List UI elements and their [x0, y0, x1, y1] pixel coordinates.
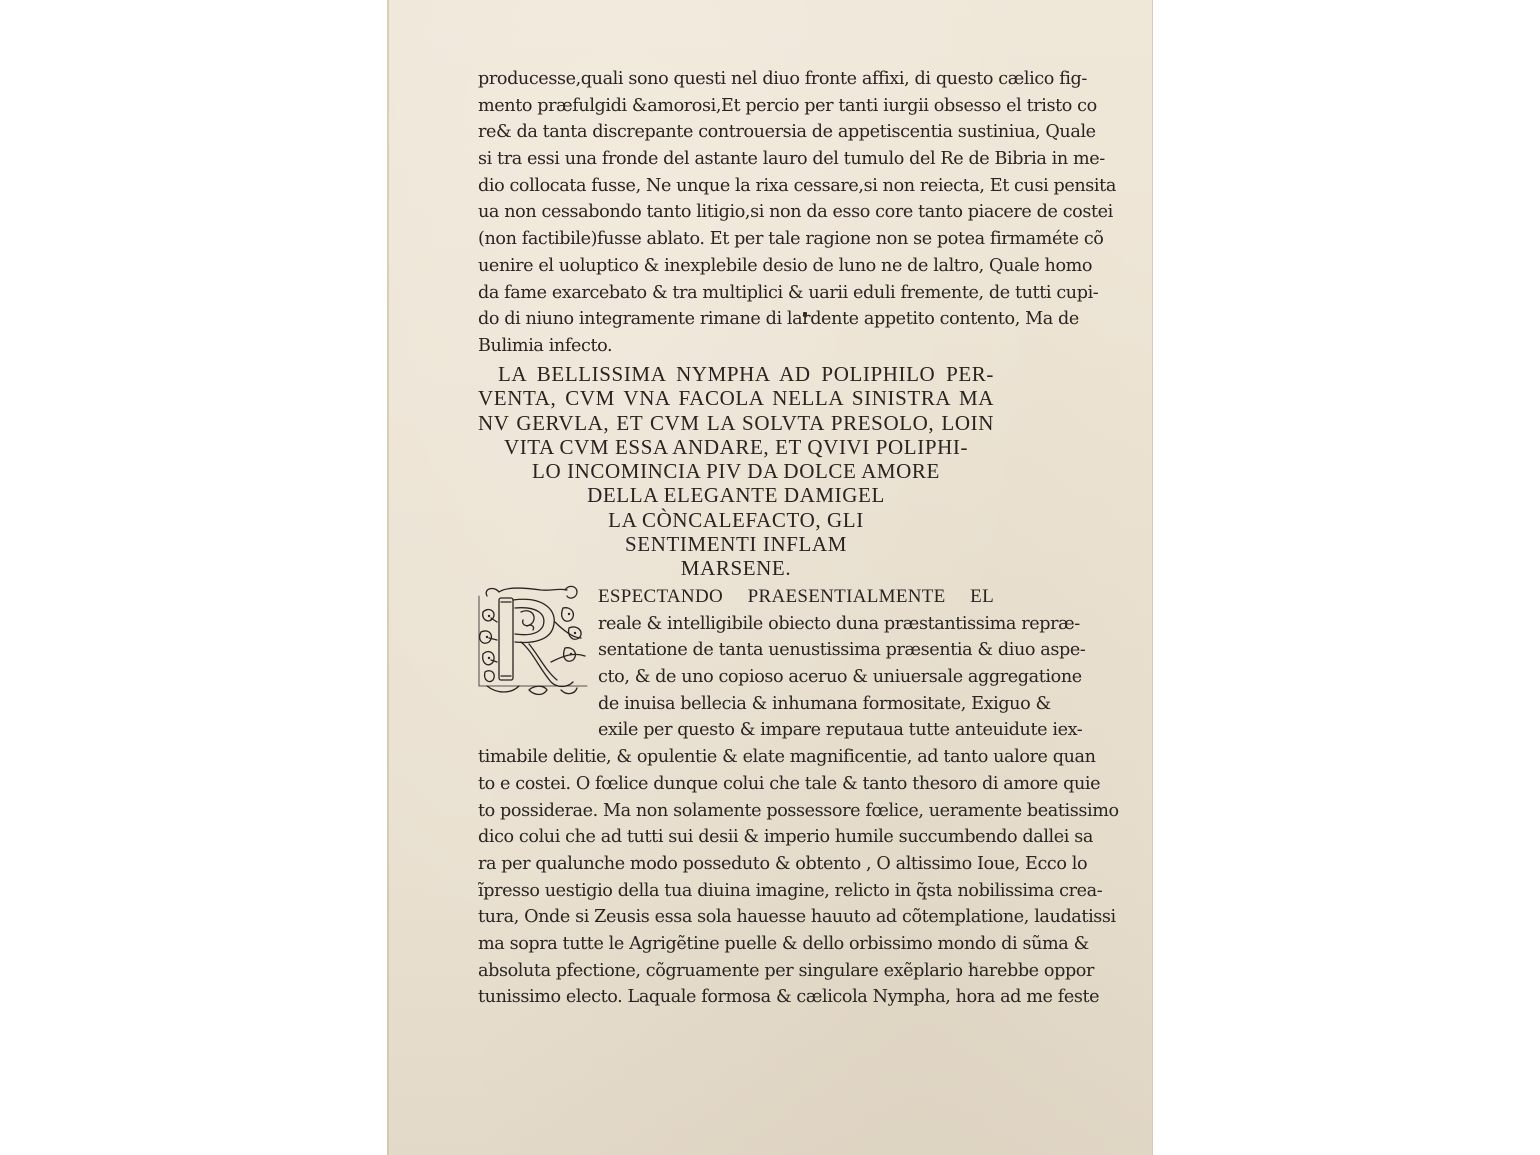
- catchword: ....: [968, 960, 983, 970]
- text-line: ĩpresso uestigio della tua diuina imagin…: [478, 878, 994, 905]
- paragraph-2: ESPECTANDO PRAESENTIALMENTE EL reale & i…: [478, 584, 994, 1011]
- text-line: mento præfulgidi &amorosi,Et percio per …: [478, 93, 994, 120]
- text-line: ra per qualunche modo posseduto & obtent…: [478, 851, 994, 878]
- text-line: sentatione de tanta uenustissima præsent…: [598, 637, 994, 664]
- heading-line: LA CÒNCALEFACTO, GLI: [478, 508, 994, 532]
- heading-line: VENTA, CVM VNA FACOLA NELLA SINISTRA MA: [478, 386, 994, 410]
- text-line: si tra essi una fronde del astante lauro…: [478, 146, 994, 173]
- text-line: de inuisa bellecia & inhumana formositat…: [598, 691, 994, 718]
- heading-line: VITA CVM ESSA ANDARE, ET QVIVI POLIPHI-: [478, 435, 994, 459]
- heading-line: LA BELLISSIMA NYMPHA AD POLIPHILO PER-: [478, 362, 994, 386]
- heading-line: NV GERVLA, ET CVM LA SOLVTA PRESOLO, LOI…: [478, 411, 994, 435]
- heading-line: MARSENE.: [478, 556, 994, 580]
- heading-line: LO INCOMINCIA PIV DA DOLCE AMORE: [478, 459, 994, 483]
- text-line: ESPECTANDO PRAESENTIALMENTE EL: [598, 584, 994, 611]
- text-line: producesse,quali sono questi nel diuo fr…: [478, 66, 994, 93]
- text-line: reale & intelligibile obiecto duna præst…: [598, 611, 994, 638]
- text-line: to possiderae. Ma non solamente possesso…: [478, 798, 994, 825]
- text-line: ua non cessabondo tanto litigio,si non d…: [478, 199, 994, 226]
- text-line: exile per questo & impare reputaua tutte…: [598, 717, 994, 744]
- text-line: (non factibile)fusse ablato. Et per tale…: [478, 226, 994, 253]
- text-line: tunissimo electo. Laquale formosa & cæli…: [478, 984, 994, 1011]
- text-line: Bulimia infecto.: [478, 333, 994, 360]
- text-line: uenire el uoluptico & inexplebile desio …: [478, 253, 994, 280]
- text-line: dio collocata fusse, Ne unque la rixa ce…: [478, 173, 994, 200]
- text-line: ma sopra tutte le Agrigẽtine puelle & de…: [478, 931, 994, 958]
- paragraph-1: producesse,quali sono questi nel diuo fr…: [478, 66, 994, 360]
- chapter-heading: LA BELLISSIMA NYMPHA AD POLIPHILO PER- V…: [478, 362, 994, 581]
- text-line: do di niuno integramente rimane di larde…: [478, 306, 994, 333]
- heading-line: DELLA ELEGANTE DAMIGEL: [478, 483, 994, 507]
- text-line: timabile delitie, & opulentie & elate ma…: [478, 744, 994, 771]
- text-line: dico colui che ad tutti sui desii & impe…: [478, 824, 994, 851]
- text-line: tura, Onde si Zeusis essa sola hauesse h…: [478, 904, 994, 931]
- text-line: re& da tanta discrepante controuersia de…: [478, 119, 994, 146]
- text-line: absoluta pfectione, cõgruamente per sing…: [478, 958, 994, 985]
- text-line: da fame exarcebato & tra multiplici & ua…: [478, 280, 994, 307]
- text-line: cto, & de uno copioso aceruo & uniuersal…: [598, 664, 994, 691]
- heading-line: SENTIMENTI INFLAM: [478, 532, 994, 556]
- ink-speck: [803, 312, 807, 317]
- text-line: to e costei. O fœlice dunque colui che t…: [478, 771, 994, 798]
